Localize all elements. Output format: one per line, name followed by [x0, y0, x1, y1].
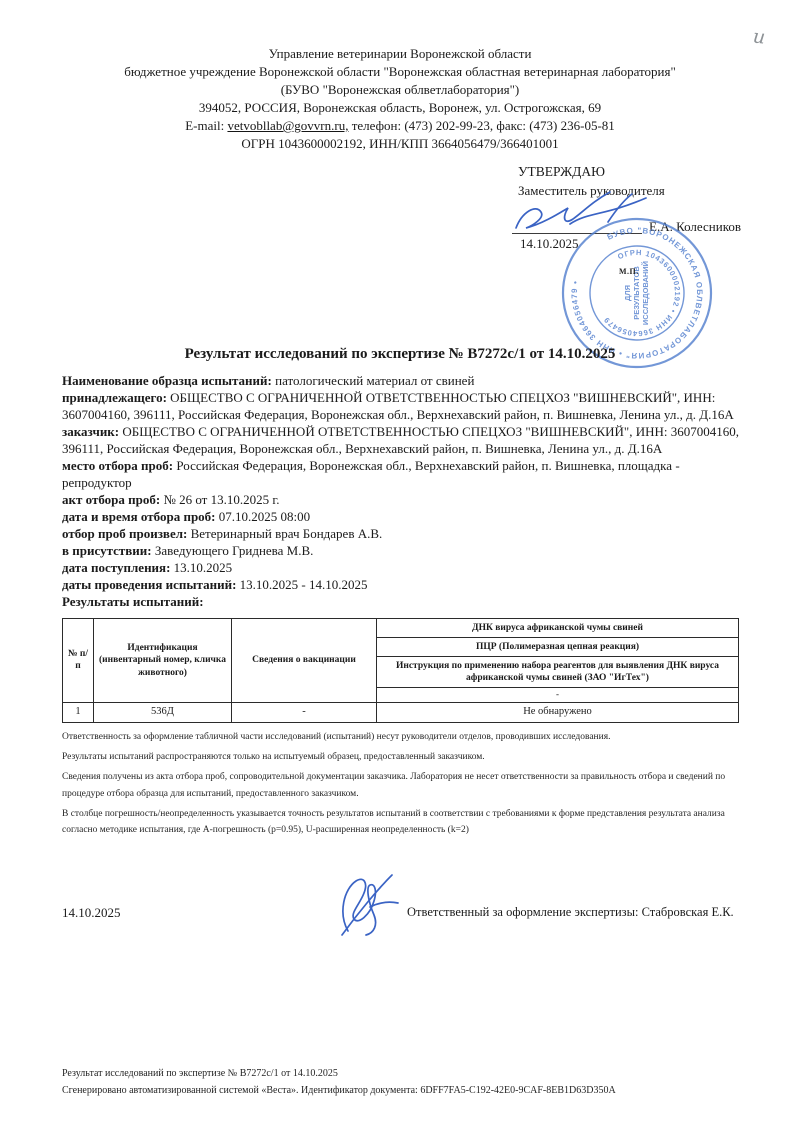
field-label: акт отбора проб:	[62, 492, 160, 507]
results-heading: Результаты испытаний:	[62, 593, 740, 610]
field-label: дата поступления:	[62, 560, 170, 575]
field-sample-name: Наименование образца испытаний: патологи…	[62, 372, 740, 389]
org-address: 394052, РОССИЯ, Воронежская область, Вор…	[60, 99, 740, 117]
email-label: E-mail:	[185, 118, 224, 133]
field-receipt-date: дата поступления: 13.10.2025	[62, 559, 740, 576]
col-header-num: № п/п	[63, 619, 94, 703]
row-num: 1	[63, 702, 94, 722]
contact-line: E-mail: vetvobllab@govvrn.ru, телефон: (…	[60, 117, 740, 135]
field-label: Результаты испытаний:	[62, 594, 204, 609]
field-label: даты проведения испытаний:	[62, 577, 236, 592]
row-vaccination: -	[232, 702, 377, 722]
field-test-dates: даты проведения испытаний: 13.10.2025 - …	[62, 576, 740, 593]
document-page: и Управление ветеринарии Воронежской обл…	[0, 0, 800, 1128]
instruction-cell: Инструкция по применению набора реагенто…	[377, 657, 739, 688]
field-sampling-act: акт отбора проб: № 26 от 13.10.2025 г.	[62, 491, 740, 508]
handwritten-mark: и	[752, 25, 766, 48]
footer-expertise-line: Результат исследований по экспертизе № В…	[62, 1066, 616, 1083]
notes-block: Ответственность за оформление табличной …	[62, 729, 740, 839]
email-link[interactable]: vetvobllab@govvrn.ru,	[227, 118, 348, 133]
signoff-row: 14.10.2025 Ответственный за оформление э…	[62, 873, 740, 943]
page-title: Результат исследований по экспертизе № В…	[0, 346, 800, 363]
responsible-signature	[334, 873, 406, 939]
org-name-line3: (БУВО "Воронежская облветлаборатория")	[60, 81, 740, 99]
table-row: 1 536Д - Не обнаружено	[63, 702, 739, 722]
field-sampling-datetime: дата и время отбора проб: 07.10.2025 08:…	[62, 508, 740, 525]
test-name-cell: ДНК вируса африканской чумы свиней	[377, 619, 739, 638]
field-label: дата и время отбора проб:	[62, 509, 216, 524]
note-sampling-info: Сведения получены из акта отбора проб, с…	[62, 769, 740, 802]
document-body: Наименование образца испытаний: патологи…	[62, 372, 740, 943]
field-customer: заказчик: ОБЩЕСТВО С ОГРАНИЧЕННОЙ ОТВЕТС…	[62, 423, 740, 457]
footer-generated-line: Сгенерировано автоматизированной системо…	[62, 1083, 616, 1100]
approve-heading: УТВЕРЖДАЮ	[518, 164, 605, 180]
field-value: Заведующего Гриднева М.В.	[155, 543, 314, 558]
stamp-center-line3: ИССЛЕДОВАНИЙ	[641, 261, 650, 325]
phone-fax: телефон: (473) 202-99-23, факс: (473) 23…	[352, 118, 615, 133]
field-label: в присутствии:	[62, 543, 152, 558]
field-label: место отбора проб:	[62, 458, 173, 473]
field-label: заказчик:	[62, 424, 119, 439]
field-label: принадлежащего:	[62, 390, 167, 405]
field-value: Ветеринарный врач Бондарев А.В.	[191, 526, 383, 541]
org-name-line2: бюджетное учреждение Воронежской области…	[60, 63, 740, 81]
field-label: Наименование образца испытаний:	[62, 373, 272, 388]
field-in-presence: в присутствии: Заведующего Гриднева М.В.	[62, 542, 740, 559]
note-responsibility: Ответственность за оформление табличной …	[62, 729, 740, 745]
field-sampled-by: отбор проб произвел: Ветеринарный врач Б…	[62, 525, 740, 542]
field-label: отбор проб произвел:	[62, 526, 187, 541]
page-footer: Результат исследований по экспертизе № В…	[62, 1066, 616, 1099]
signoff-date: 14.10.2025	[62, 905, 121, 921]
stamp-center-line1: ДЛЯ	[623, 285, 632, 301]
field-value: 07.10.2025 08:00	[219, 509, 310, 524]
ogrn-inn-line: ОГРН 1043600002192, ИНН/КПП 3664056479/3…	[60, 135, 740, 153]
row-result: Не обнаружено	[377, 702, 739, 722]
row-identification: 536Д	[94, 702, 232, 722]
mp-mark: М.П.	[619, 267, 639, 276]
field-value: № 26 от 13.10.2025 г.	[163, 492, 279, 507]
results-table: № п/п Идентификация (инвентарный номер, …	[62, 618, 739, 723]
field-value: ОБЩЕСТВО С ОГРАНИЧЕННОЙ ОТВЕТСТВЕННОСТЬЮ…	[62, 424, 739, 456]
field-owner: принадлежащего: ОБЩЕСТВО С ОГРАНИЧЕННОЙ …	[62, 389, 740, 423]
note-scope: Результаты испытаний распространяются то…	[62, 749, 740, 765]
field-value: патологический материал от свиней	[275, 373, 474, 388]
col-header-identification: Идентификация (инвентарный номер, кличка…	[94, 619, 232, 703]
responsible-label: Ответственный за оформление экспертизы: …	[407, 905, 734, 920]
sub-row-cell: -	[377, 688, 739, 703]
col-header-vaccination: Сведения о вакцинации	[232, 619, 377, 703]
letterhead: Управление ветеринарии Воронежской облас…	[60, 45, 740, 153]
field-value: 13.10.2025 - 14.10.2025	[240, 577, 368, 592]
note-uncertainty: В столбце погрешность/неопределенность у…	[62, 806, 740, 839]
field-sampling-place: место отбора проб: Российская Федерация,…	[62, 457, 740, 491]
field-value: 13.10.2025	[174, 560, 233, 575]
org-name-line1: Управление ветеринарии Воронежской облас…	[60, 45, 740, 63]
method-cell: ПЦР (Полимеразная цепная реакция)	[377, 638, 739, 657]
